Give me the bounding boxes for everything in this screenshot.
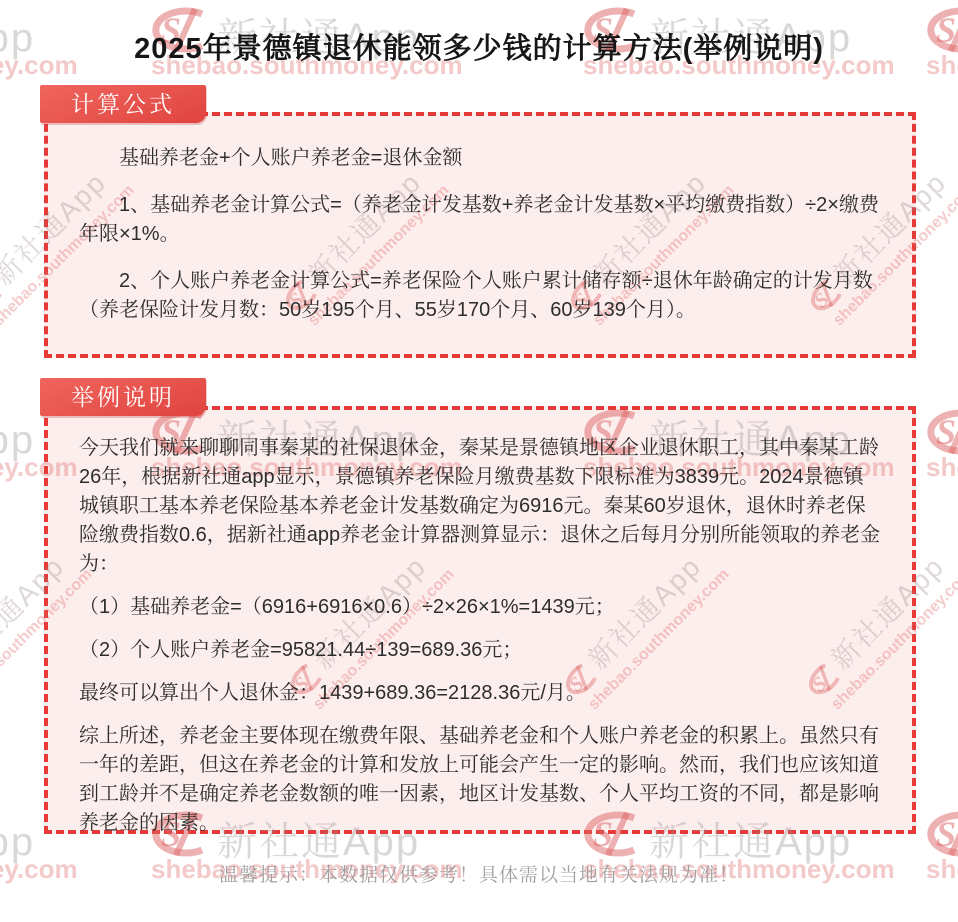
formula-paragraph: 1、基础养老金计算公式=（养老金计发基数+养老金计发基数×平均缴费指数）÷2×缴… — [79, 191, 882, 249]
shetong-logo-icon: S — [0, 275, 6, 320]
page-title: 2025年景德镇退休能领多少钱的计算方法(举例说明) — [0, 26, 958, 67]
shetong-logo-icon: S — [920, 408, 958, 456]
formula-paragraph: 基础养老金+个人账户养老金=退休金额 — [79, 144, 882, 173]
infographic-page: 2025年景德镇退休能领多少钱的计算方法(举例说明) 计算公式 基础养老金+个人… — [0, 0, 958, 922]
section-formula-label: 计算公式 — [40, 85, 206, 123]
example-paragraph: 最终可以算出个人退休金：1439+689.36=2128.36元/月。 — [79, 679, 882, 708]
svg-text:S: S — [936, 814, 956, 854]
section-example-label: 举例说明 — [40, 378, 206, 416]
watermark-group: S 新社通App shebao.southmoney.com — [920, 408, 958, 484]
section-formula-box: 基础养老金+个人账户养老金=退休金额 1、基础养老金计算公式=（养老金计发基数+… — [44, 112, 916, 358]
watermark-domain-text: shebao.southmoney.com — [926, 452, 958, 483]
section-example-box: 今天我们就来聊聊同事秦某的社保退休金，秦某是景德镇地区企业退休职工，其中秦某工龄… — [44, 406, 916, 834]
watermark-brand-text: 新社通App — [0, 810, 35, 867]
footer-disclaimer: 温馨提示：本数据仅供参考！具体需以当地有关法规为准！ — [0, 860, 958, 887]
shetong-logo-icon: S — [920, 810, 958, 858]
formula-paragraph: 2、个人账户养老金计算公式=养老保险个人账户累计储存额÷退休年龄确定的计发月数（… — [79, 267, 882, 325]
svg-text:S: S — [936, 412, 956, 452]
example-paragraph: （2）个人账户养老金=95821.44÷139=689.36元； — [79, 636, 882, 665]
example-paragraph: 今天我们就来聊聊同事秦某的社保退休金，秦某是景德镇地区企业退休职工，其中秦某工龄… — [79, 434, 882, 579]
watermark-brand-text: 新社通App — [0, 408, 35, 465]
example-paragraph: （1）基础养老金=（6916+6916×0.6）÷2×26×1%=1439元； — [79, 593, 882, 622]
example-paragraph: 综上所述，养老金主要体现在缴费年限、基础养老金和个人账户养老金的积累上。虽然只有… — [79, 722, 882, 838]
